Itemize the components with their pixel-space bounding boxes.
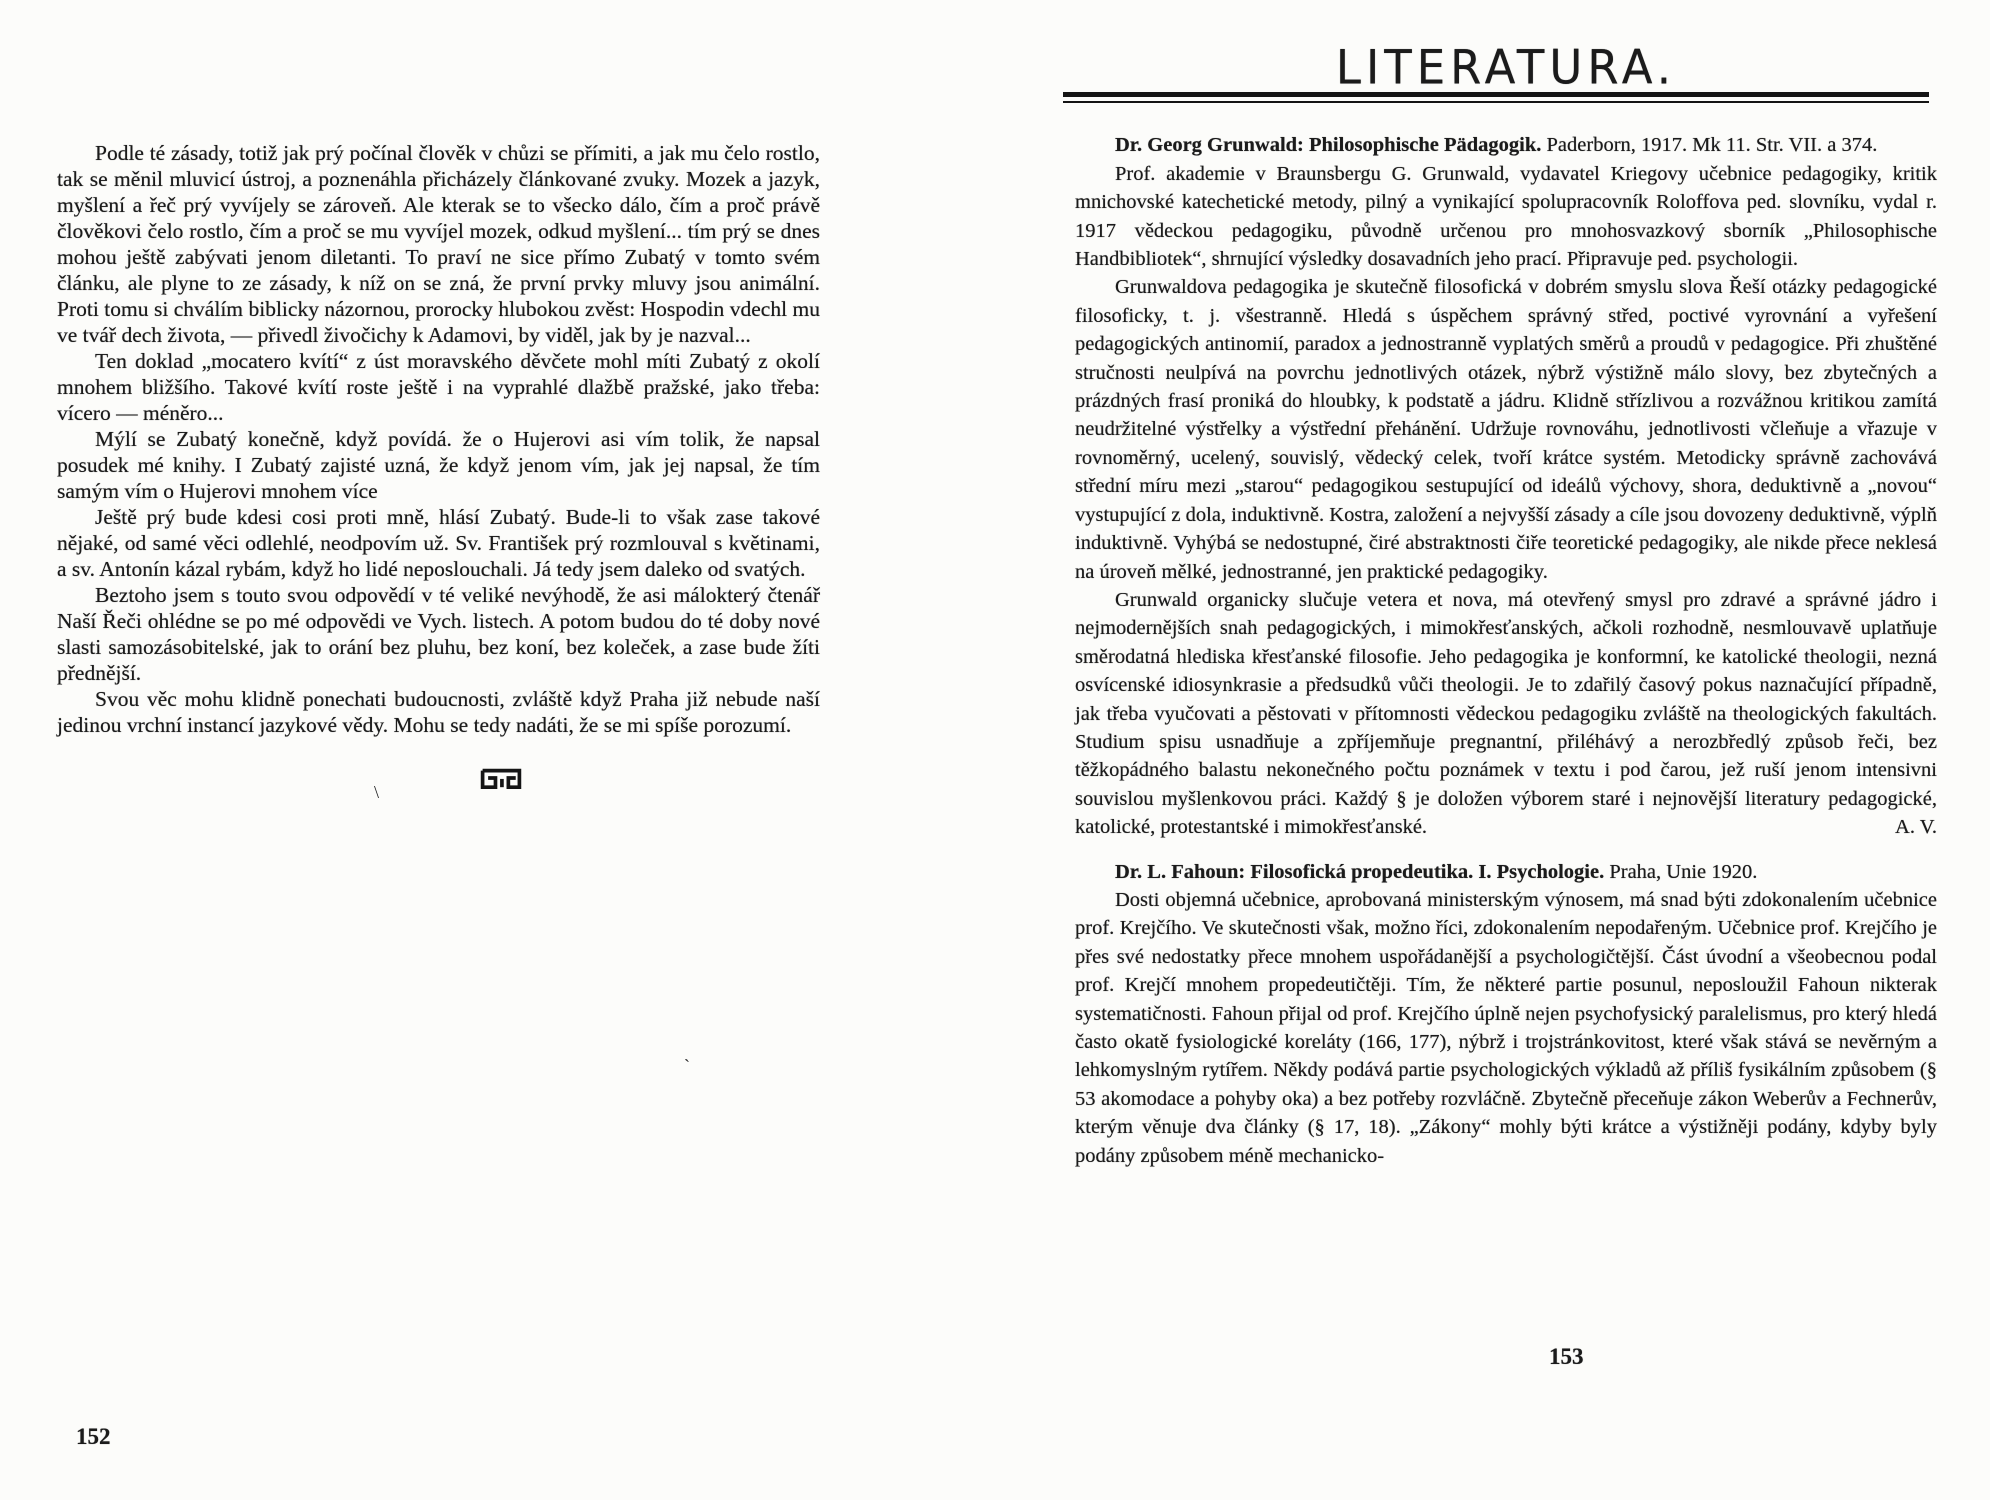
- section-header-literatura: LITERATURA.: [1075, 53, 1937, 83]
- review-title-bold: Dr. L. Fahoun: Filosofická propedeutika.…: [1115, 861, 1604, 883]
- paragraph: Ten doklad „mocatero kvítí“ z úst moravs…: [57, 348, 820, 426]
- review-title: Dr. Georg Grunwald: Philosophische Pädag…: [1075, 131, 1937, 159]
- book-review-grunwald: Dr. Georg Grunwald: Philosophische Pädag…: [1075, 131, 1937, 841]
- scan-artifact: \: [374, 782, 379, 803]
- end-of-article-ornament-row: [119, 764, 882, 792]
- paragraph: Beztoho jsem s touto svou odpovědí v té …: [57, 582, 820, 686]
- right-page-number: 153: [1549, 1344, 1584, 1370]
- left-page-text-column: Podle té zásady, totiž jak prý počínal č…: [57, 140, 820, 792]
- paragraph: Ještě prý bude kdesi cosi proti mně, hlá…: [57, 504, 820, 582]
- left-page-number: 152: [76, 1424, 111, 1450]
- review-title-rest: Paderborn, 1917. Mk 11. Str. VII. a 374.: [1541, 134, 1877, 156]
- meander-ornament-icon: [478, 765, 524, 789]
- paragraph: Grunwaldova pedagogika je skutečně filos…: [1075, 273, 1937, 585]
- paragraph: Dosti objemná učebnice, aprobovaná minis…: [1075, 886, 1937, 1170]
- scanned-book-spread: Podle té zásady, totiž jak prý počínal č…: [0, 0, 1990, 1500]
- paragraph: Svou věc mohu klidně ponechati budoucnos…: [57, 686, 820, 738]
- paragraph-text: Grunwald organicky slučuje vetera et nov…: [1075, 589, 1937, 838]
- book-review-fahoun: Dr. L. Fahoun: Filosofická propedeutika.…: [1075, 858, 1937, 1170]
- scan-artifact: `: [684, 1056, 690, 1077]
- paragraph: Mýlí se Zubatý konečně, když povídá. že …: [57, 426, 820, 504]
- paragraph: Prof. akademie v Braunsbergu G. Grunwald…: [1075, 160, 1937, 274]
- reviews-section: Dr. Georg Grunwald: Philosophische Pädag…: [1075, 131, 1937, 1170]
- review-title: Dr. L. Fahoun: Filosofická propedeutika.…: [1075, 858, 1937, 886]
- paragraph: Grunwald organicky slučuje vetera et nov…: [1075, 586, 1937, 842]
- review-title-bold: Dr. Georg Grunwald: Philosophische Pädag…: [1115, 134, 1541, 156]
- reviewer-initials: A. V.: [1895, 813, 1937, 841]
- right-page-text-column: LITERATURA. Dr. Georg Grunwald: Philosop…: [1075, 54, 1937, 1170]
- review-title-rest: Praha, Unie 1920.: [1604, 861, 1757, 883]
- paragraph: Podle té zásady, totiž jak prý počínal č…: [57, 140, 820, 348]
